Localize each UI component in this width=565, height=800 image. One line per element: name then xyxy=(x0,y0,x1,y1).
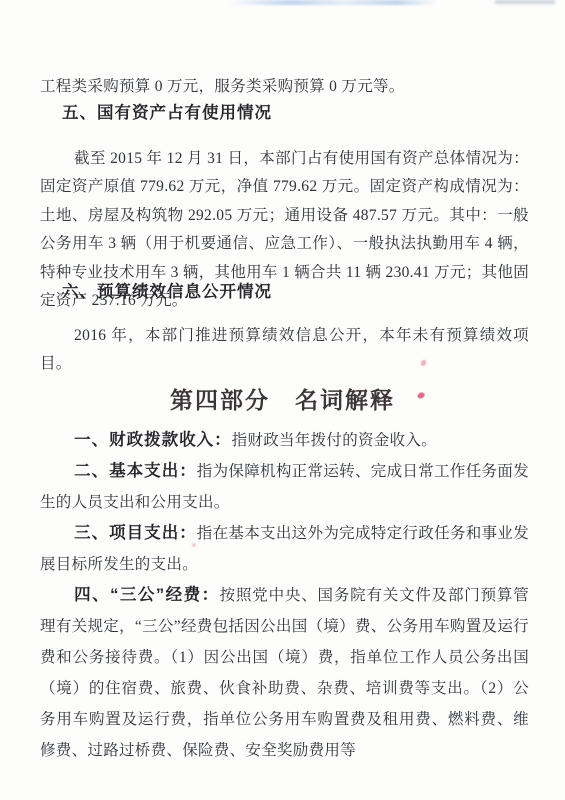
definition-term: 二、基本支出： xyxy=(74,462,197,480)
page-number: 17 xyxy=(240,741,300,753)
definition-text: 指财政当年拨付的资金收入。 xyxy=(232,432,437,449)
definition-term: 四、“三公”经费： xyxy=(74,586,220,604)
section-6-heading: 六、预算绩效信息公开情况 xyxy=(62,278,272,302)
scanned-document-page: 工程类采购预算 0 万元，服务类采购预算 0 万元等。 五、国有资产占有使用情况… xyxy=(0,0,565,800)
scan-artifact-blue-smudge xyxy=(228,0,438,5)
budget-performance-paragraph: 2016 年，本部门推进预算绩效信息公开，本年未有预算绩效项目。 xyxy=(40,322,529,379)
definition-term: 三、项目支出： xyxy=(74,524,197,542)
definition-item: 一、财政拨款收入：指财政当年拨付的资金收入。 xyxy=(40,425,529,456)
definition-item: 三、项目支出：指在基本支出这外为完成特定行政任务和事业发展目标所发生的支出。 xyxy=(40,518,529,580)
definition-term: 一、财政拨款收入： xyxy=(74,431,232,449)
definition-item: 四、“三公”经费：按照党中央、国务院有关文件及部门预算管理有关规定，“三公”经费… xyxy=(40,580,529,766)
glossary-definitions: 一、财政拨款收入：指财政当年拨付的资金收入。 二、基本支出：指为保障机构正常运转… xyxy=(40,425,529,766)
part-4-title: 第四部分 名词解释 xyxy=(0,382,565,415)
section-5-heading: 五、国有资产占有使用情况 xyxy=(62,99,272,123)
definition-text: 按照党中央、国务院有关文件及部门预算管理有关规定，“三公”经费包括因公出国（境）… xyxy=(40,587,529,759)
scan-artifact-blue-smudge-right xyxy=(495,0,555,4)
procurement-continuation-text: 工程类采购预算 0 万元，服务类采购预算 0 万元等。 xyxy=(40,73,529,102)
definition-item: 二、基本支出：指为保障机构正常运转、完成日常工作任务面发生的人员支出和公用支出。 xyxy=(40,456,529,518)
